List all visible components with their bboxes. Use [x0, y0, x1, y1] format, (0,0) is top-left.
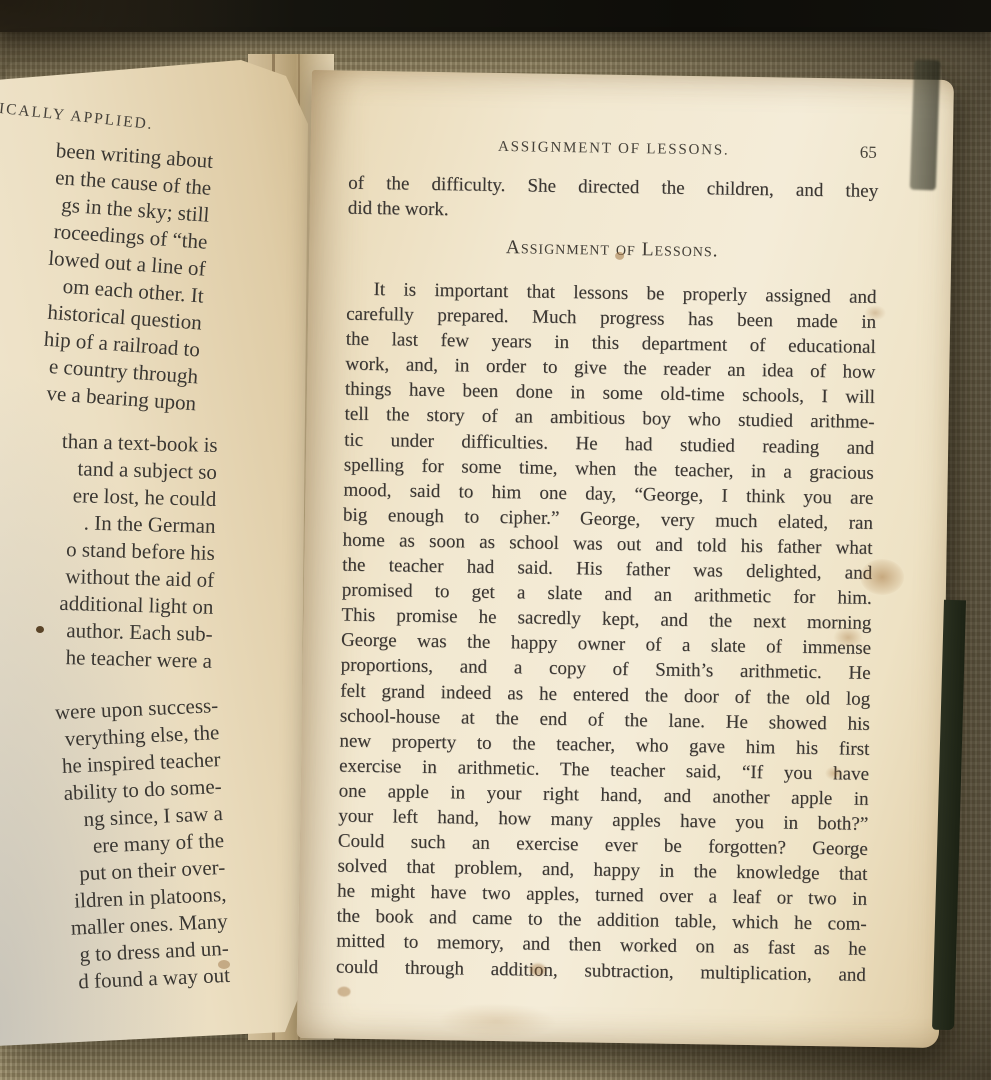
intro-paragraph: of the difficulty. She directed the chil…	[348, 171, 879, 229]
right-page: ASSIGNMENT OF LESSONS. 65 of the difficu…	[297, 70, 954, 1048]
stain-spot	[218, 960, 230, 969]
stain-spot	[860, 559, 905, 596]
stain-spot	[825, 766, 843, 780]
stain-spot	[864, 305, 886, 321]
stain-spot	[337, 987, 350, 997]
body-paragraph: It is important that lessons be properly…	[336, 277, 877, 988]
right-running-head: ASSIGNMENT OF LESSONS.	[349, 137, 879, 162]
stain-spot	[833, 626, 863, 648]
page-number: 65	[860, 143, 877, 163]
stain-spot	[36, 626, 44, 633]
stain-spot	[437, 1002, 558, 1040]
left-paragraph: than a text-book istand a subject soere …	[0, 425, 218, 675]
left-paragraph: been writing abouten the cause of thegs …	[0, 129, 214, 417]
left-paragraph: were upon success-verything else, thehe …	[0, 692, 230, 1001]
book-photograph: ICALLY APPLIED. been writing abouten the…	[0, 0, 991, 1080]
book-cover-edge	[910, 60, 941, 191]
stain-spot	[615, 252, 624, 260]
running-head-row: ASSIGNMENT OF LESSONS. 65	[349, 137, 879, 162]
stain-spot	[530, 964, 546, 976]
left-page: ICALLY APPLIED. been writing abouten the…	[0, 52, 310, 1048]
section-heading: Assignment of Lessons.	[347, 235, 877, 265]
left-running-head: ICALLY APPLIED.	[0, 100, 189, 138]
